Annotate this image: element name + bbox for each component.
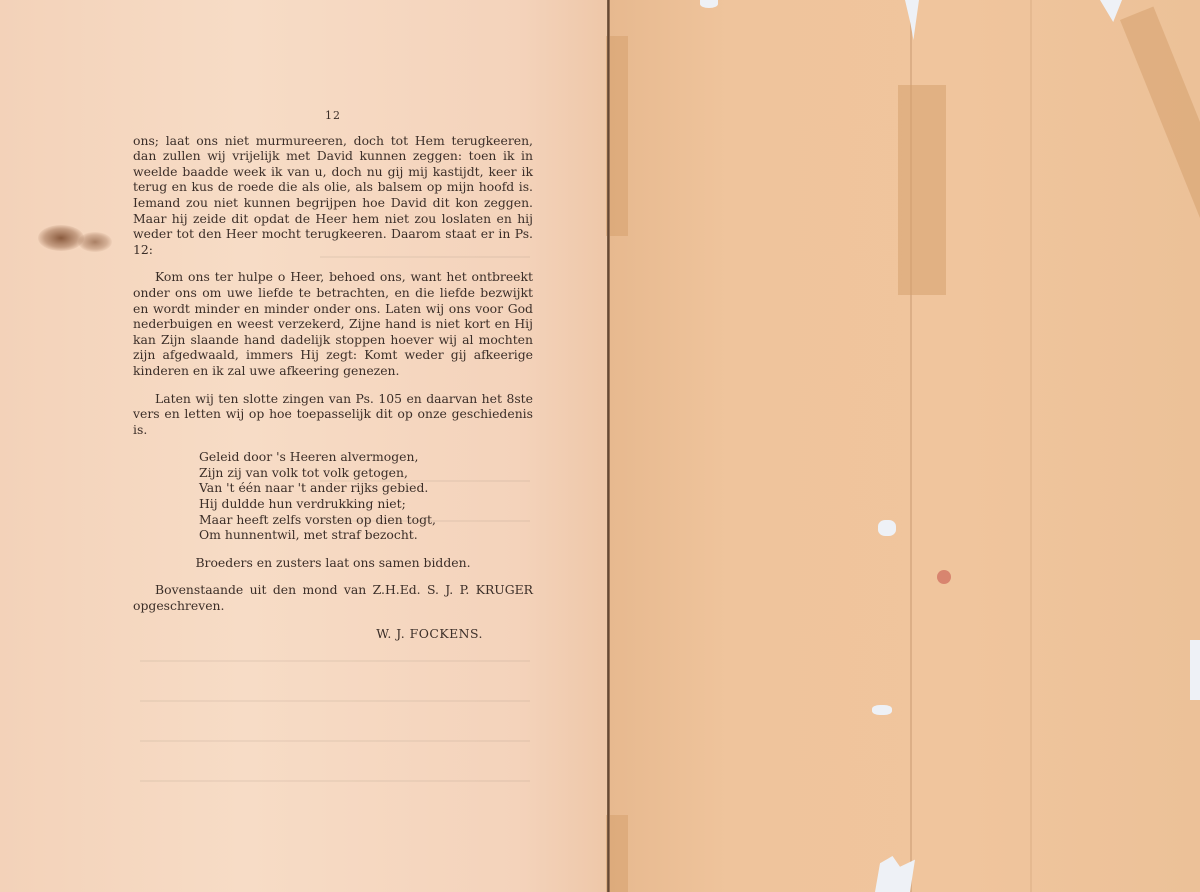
paper-tear [700,0,718,8]
page-text: 12 ons; laat ons niet murmureeren, doch … [133,108,533,641]
paper-tear [1100,0,1122,22]
right-page [610,0,1200,892]
paper-tear [1190,640,1200,700]
red-spot [937,570,951,584]
ink-stain [38,225,84,251]
paragraph-2: Kom ons ter hulpe o Heer, behoed ons, wa… [133,269,533,378]
paper-tear [872,705,892,715]
bleed-through-text [140,780,530,782]
closing-prayer: Broeders en zusters laat ons samen bidde… [133,555,533,571]
fold-crease [1030,0,1032,892]
poem-line: Om hunnentwil, met straf bezocht. [199,527,533,543]
poem-line: Maar heeft zelfs vorsten op dien togt, [199,512,533,528]
ink-stain [78,232,112,252]
paragraph-3: Laten wij ten slotte zingen van Ps. 105 … [133,391,533,438]
poem-line: Zijn zij van volk tot volk getogen, [199,465,533,481]
psalm-verse: Geleid door 's Heeren alvermogen, Zijn z… [199,449,533,543]
poem-line: Geleid door 's Heeren alvermogen, [199,449,533,465]
paper-tear [878,520,896,536]
tape-strip [898,85,946,295]
poem-line: Hij duldde hun verdrukking niet; [199,496,533,512]
bleed-through-text [140,740,530,742]
bleed-through-text [140,660,530,662]
tape-strip [1120,7,1200,224]
signature: W. J. FOCKENS. [133,626,533,642]
paper-tear [905,0,919,40]
book-spine [607,0,610,892]
bleed-through-text [140,700,530,702]
page-number: 12 [133,108,533,124]
poem-line: Van 't één naar 't ander rijks gebied. [199,480,533,496]
left-page: 12 ons; laat ons niet murmureeren, doch … [0,0,610,892]
paragraph-1: ons; laat ons niet murmureeren, doch tot… [133,133,533,258]
attribution: Bovenstaande uit den mond van Z.H.Ed. S.… [133,582,533,613]
paper-tear [865,856,915,892]
